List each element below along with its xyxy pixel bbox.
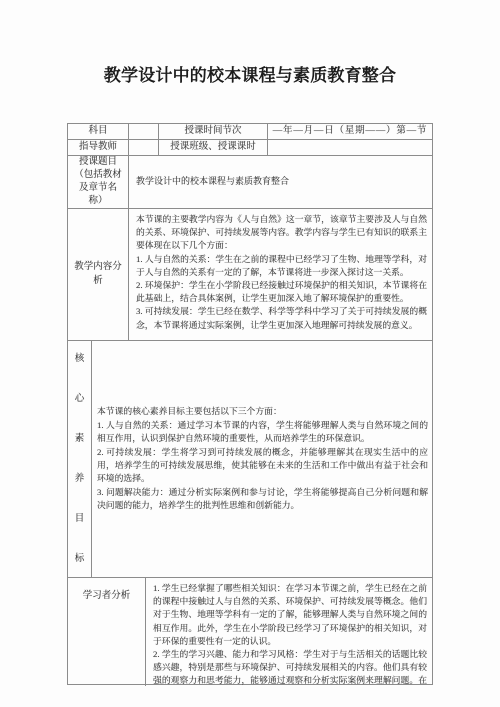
teacher-value: [129, 140, 159, 155]
content-analysis-paragraph: 2. 环境保护：学生在小学阶段已经接触过环境保护的相关知识，本节课将在此基础上，…: [136, 279, 427, 305]
lesson-plan-table: 科目 授课时间节次 —年—月—日（星期——）第—节 指导教师 授课班级、授课课时…: [67, 123, 433, 685]
lesson-time-label: 授课时间节次: [159, 124, 268, 139]
content-analysis-paragraph: 1. 人与自然的关系：学生在之前的课程中已经学习了生物、地理等学科，对于人与自然…: [136, 253, 427, 279]
class-hours-value: [268, 140, 432, 155]
document-page: 教学设计中的校本课程与素质教育整合 科目 授课时间节次 —年—月—日（星期——）…: [0, 0, 500, 707]
core-competency-paragraph: 2. 可持续发展：学生将学习到可持续发展的概念，并能够理解其在现实生活中的应用，…: [97, 446, 428, 486]
lesson-title-value: 教学设计中的校本课程与素质教育整合: [129, 156, 432, 208]
learner-analysis-body: 1. 学生已经掌握了哪些相关知识：在学习本节课之前，学生已经在之前的课程中接触过…: [146, 578, 432, 686]
table-row-content-analysis: 教学内容分析 本节课的主要教学内容为《人与自然》这一章节，该章节主要涉及人与自然…: [68, 209, 432, 341]
table-row-subject: 科目 授课时间节次 —年—月—日（星期——）第—节: [68, 124, 432, 140]
learner-analysis-paragraph: 1. 学生已经掌握了哪些相关知识：在学习本节课之前，学生已经在之前的课程中接触过…: [153, 582, 427, 648]
content-analysis-label: 教学内容分析: [68, 209, 129, 340]
content-analysis-paragraph: 本节课的主要教学内容为《人与自然》这一章节，该章节主要涉及人与自然的关系、环境保…: [136, 213, 427, 253]
core-competency-body: 本节课的核心素养目标主要包括以下三个方面： 1. 人与自然的关系：通过学习本节课…: [92, 341, 432, 577]
table-row-lesson-title: 授课题目（包括教材及章节名称） 教学设计中的校本课程与素质教育整合: [68, 156, 432, 209]
table-row-core-competency: 核心素养目标 本节课的核心素养目标主要包括以下三个方面： 1. 人与自然的关系：…: [68, 341, 432, 578]
core-competency-label: 核心素养目标: [68, 341, 92, 577]
subject-value: [129, 124, 159, 139]
core-competency-paragraph: 1. 人与自然的关系：通过学习本节课的内容，学生将能够理解人类与自然环境之间的相…: [97, 419, 428, 446]
lesson-title-label: 授课题目（包括教材及章节名称）: [68, 156, 129, 208]
lesson-time-value: —年—月—日（星期——）第—节: [268, 124, 432, 139]
core-competency-label-text: 核心素养目标: [73, 341, 87, 577]
teacher-label: 指导教师: [68, 140, 129, 155]
learner-analysis-label: 学习者分析: [68, 578, 146, 686]
core-competency-paragraph: 3. 问题解决能力：通过分析实际案例和参与讨论，学生将能够提高自己分析问题和解决…: [97, 486, 428, 513]
core-competency-paragraph: 本节课的核心素养目标主要包括以下三个方面：: [97, 405, 428, 418]
content-analysis-label-text: 教学内容分析: [73, 261, 123, 287]
content-analysis-body: 本节课的主要教学内容为《人与自然》这一章节，该章节主要涉及人与自然的关系、环境保…: [129, 209, 432, 340]
lesson-title-label-text: 授课题目（包括教材及章节名称）: [73, 156, 123, 208]
learner-analysis-label-text: 学习者分析: [83, 590, 131, 603]
table-row-teacher: 指导教师 授课班级、授课课时: [68, 140, 432, 156]
subject-label: 科目: [68, 124, 129, 139]
learner-analysis-paragraph: 2. 学生的学习兴趣、能力和学习风格：学生对于与生活相关的话题比较感兴趣，特别是…: [153, 648, 427, 686]
content-analysis-paragraph: 3. 可持续发展：学生已经在数学、科学等学科中学习了关于可持续发展的概念，本节课…: [136, 305, 427, 331]
page-title: 教学设计中的校本课程与素质教育整合: [0, 61, 500, 86]
class-hours-label: 授课班级、授课课时: [159, 140, 268, 155]
table-row-learner-analysis: 学习者分析 1. 学生已经掌握了哪些相关知识：在学习本节课之前，学生已经在之前的…: [68, 578, 432, 686]
